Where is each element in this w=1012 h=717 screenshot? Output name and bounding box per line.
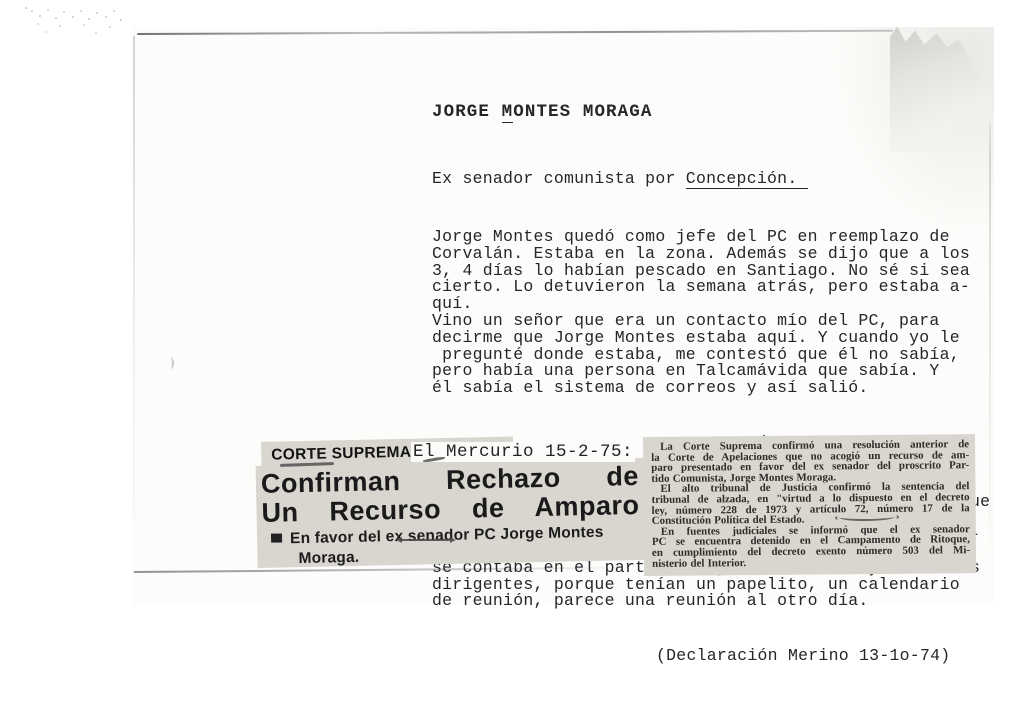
citation-2: (Declaración Merino 13-1o-74): [656, 648, 998, 665]
pen-underline-senador: [396, 538, 456, 541]
text-line: nisterio del Interior.: [652, 556, 970, 569]
subtitle-part: Ex senador comunista por: [432, 169, 686, 188]
title-underlined-letter: M: [502, 102, 514, 123]
document-subtitle: Ex senador comunista por Concepción.: [432, 169, 998, 188]
text-line: él sabía el sistema de correos y así sal…: [432, 380, 998, 397]
title-part: ONTES MORAGA: [513, 102, 652, 122]
pen-arrowhead-right-icon: [450, 537, 456, 543]
square-bullet-icon: [271, 533, 282, 542]
article-paragraph-2: El alto tribunal de Justicia confirmó la…: [651, 482, 969, 527]
typed-source-date: El Mercurio 15-2-75:: [411, 442, 635, 462]
paper-top-edge: [137, 30, 893, 35]
scan-speckle-noise: [25, 7, 27, 9]
pen-line: [399, 539, 453, 541]
subtitle-underlined: Concepción.: [686, 169, 809, 189]
text-line: cierto. Lo detuvieron la semana atrás, p…: [432, 279, 998, 296]
article-paragraph-1: La Corte Suprema confirmó una resolución…: [651, 439, 969, 484]
clipping-kicker: CORTE SUPREMA:: [271, 444, 417, 465]
paper-left-edge: [133, 36, 135, 576]
paper-sheet: JORGE MONTES MORAGA Ex senador comunista…: [133, 27, 994, 605]
newspaper-clipping-article: La Corte Suprema confirmó una resolución…: [643, 434, 976, 576]
title-part: JORGE: [432, 102, 502, 122]
scanned-archive-page: JORGE MONTES MORAGA Ex senador comunista…: [0, 0, 1012, 717]
pen-stray-tick: [166, 357, 174, 369]
subhead-line-2: Moraga.: [298, 549, 359, 568]
testimony-paragraph-1: Jorge Montes quedó como jefe del PC en r…: [432, 229, 998, 397]
text-line: de reunión, parece una reunión al otro d…: [432, 593, 998, 610]
document-title: JORGE MONTES MORAGA: [432, 102, 998, 122]
typewritten-block: JORGE MONTES MORAGA Ex senador comunista…: [432, 64, 998, 703]
article-paragraph-3: En fuentes judiciales se informó que el …: [652, 524, 970, 569]
pen-arrowhead-left-icon: [396, 537, 402, 543]
